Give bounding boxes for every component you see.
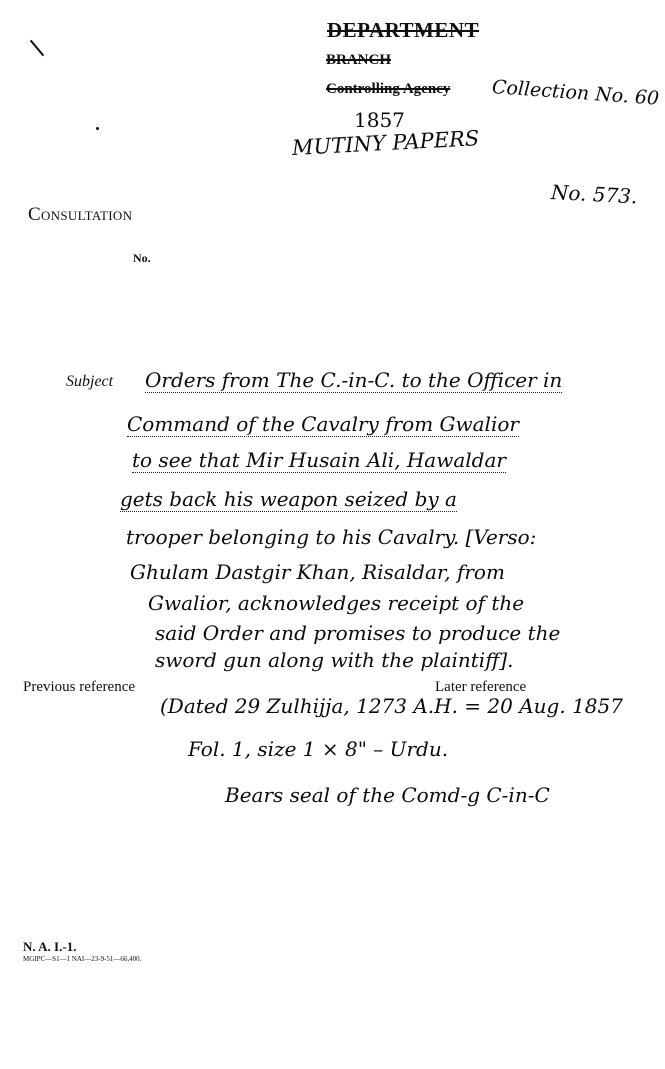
subject-line-8: said Order and promises to produce the bbox=[155, 621, 560, 645]
previous-reference-label: Previous reference bbox=[23, 679, 135, 696]
subject-label: Subject bbox=[66, 373, 113, 391]
year: 1857 bbox=[354, 108, 405, 132]
controlling-agency-label: Controlling Agency bbox=[326, 81, 450, 98]
subject-line-7: Gwalior, acknowledges receipt of the bbox=[148, 591, 524, 615]
print-code: MGIPC—S1—1 NAI—23-9-51—66,400. bbox=[23, 955, 141, 963]
subject-line-6: Ghulam Dastgir Khan, Risaldar, from bbox=[130, 560, 505, 584]
department-label: DEPARTMENT bbox=[327, 18, 479, 43]
controlling-agency-value: Collection No. 60 bbox=[491, 76, 660, 110]
subject-line-4: gets back his weapon seized by a bbox=[120, 487, 457, 512]
date-note: (Dated 29 Zulhijja, 1273 A.H. = 20 Aug. … bbox=[160, 694, 623, 718]
subject-line-3: to see that Mir Husain Ali, Hawaldar bbox=[132, 448, 506, 473]
subject-line-5: trooper belonging to his Cavalry. [Verso… bbox=[126, 525, 536, 549]
dot-mark bbox=[96, 127, 99, 130]
collection-title: MUTINY PAPERS bbox=[291, 126, 479, 160]
subject-line-9: sword gun along with the plaintiff]. bbox=[155, 648, 514, 672]
branch-label: BRANCH bbox=[326, 52, 391, 69]
consultation-number-label: No. bbox=[133, 251, 151, 266]
consultation-title: Consultation bbox=[28, 204, 132, 226]
folio-note: Fol. 1, size 1 × 8" – Urdu. bbox=[188, 737, 448, 761]
subject-line-2: Command of the Cavalry from Gwalior bbox=[127, 412, 519, 437]
document-number: No. 573. bbox=[550, 180, 638, 208]
seal-note: Bears seal of the Comd-g C-in-C bbox=[225, 783, 550, 807]
form-code: N. A. I.-1. bbox=[23, 939, 76, 955]
subject-line-1: Orders from The C.-in-C. to the Officer … bbox=[145, 368, 562, 393]
pen-mark bbox=[30, 40, 44, 57]
